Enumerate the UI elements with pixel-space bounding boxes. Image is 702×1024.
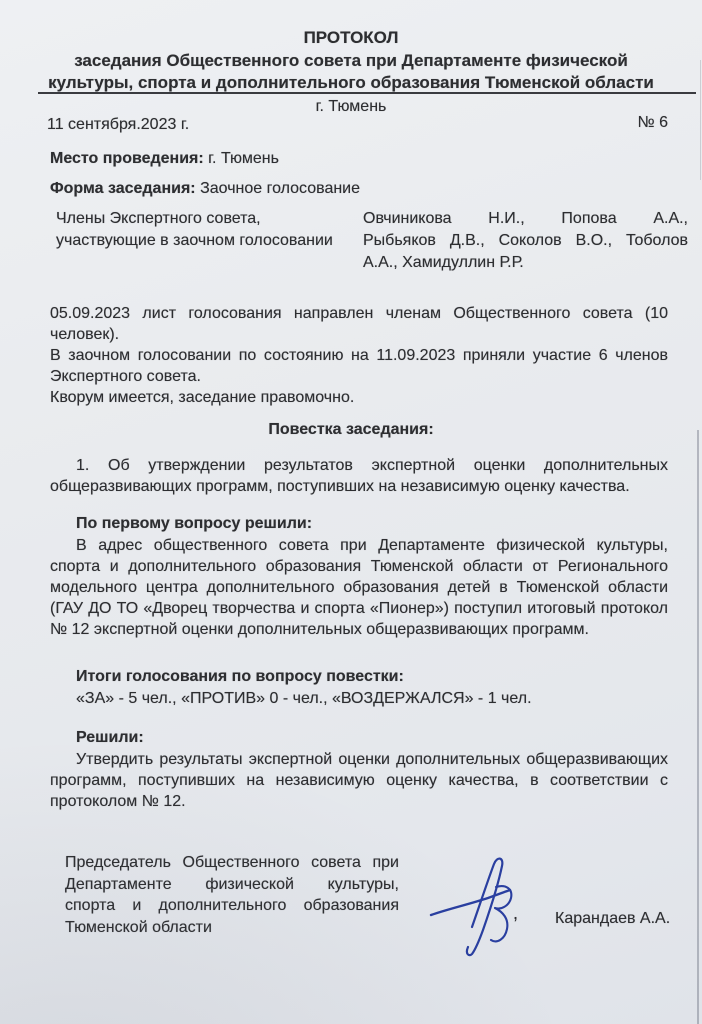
signature-title-line: Тюменской области (65, 917, 399, 939)
members-value-line: А.А., Хамидуллин Р.Р. (363, 252, 688, 274)
intro-paragraph-2: В заочном голосовании по состоянию на 11… (50, 345, 668, 387)
intro-block: 05.09.2023 лист голосования направлен чл… (50, 303, 668, 408)
question1-body: В адрес общественного совета при Департа… (50, 535, 668, 640)
doc-subtitle-line1: заседания Общественного совета при Депар… (0, 49, 702, 72)
members-label: Члены Экспертного совета, участвующие в … (56, 208, 352, 252)
venue-line: Место проведения: г. Тюмень (50, 148, 279, 169)
members-label-line: Члены Экспертного совета, (56, 208, 352, 230)
page-title: ПРОТОКОЛ (0, 26, 702, 49)
signature-title: Председатель Общественного совета при Де… (65, 852, 399, 938)
agenda-item: 1. Об утверждении результатов экспертной… (50, 455, 668, 497)
intro-paragraph-1: 05.09.2023 лист голосования направлен чл… (50, 303, 668, 345)
scanned-protocol-page: ПРОТОКОЛ заседания Общественного совета … (0, 0, 702, 1024)
signer-name: Карандаев А.А. (555, 908, 670, 929)
scan-edge-shadow-top (700, 60, 701, 180)
signature-title-line: Председатель Общественного совета при (65, 852, 399, 874)
members-value-line: Рыбьяков Д.В., Соколов В.О., Тоболов (363, 230, 688, 252)
decision-heading: Решили: (50, 727, 668, 748)
agenda-heading: Повестка заседания: (0, 419, 702, 440)
form-value: Заочное голосование (200, 180, 360, 197)
signature-title-line: Департаменте физической культуры, (65, 874, 399, 896)
voting-heading: Итоги голосования по вопросу повестки: (50, 666, 668, 687)
members-value-line: Овчиникова Н.И., Попова А.А., (363, 208, 688, 230)
question1-heading: По первому вопросу решили: (50, 513, 668, 534)
members-value: Овчиникова Н.И., Попова А.А., Рыбьяков Д… (363, 208, 688, 274)
venue-label: Место проведения: (50, 150, 204, 167)
scan-edge-shadow (697, 430, 699, 1024)
form-label: Форма заседания: (50, 180, 196, 197)
members-label-line: участвующие в заочном голосовании (56, 230, 352, 252)
voting-result: «ЗА» - 5 чел., «ПРОТИВ» 0 - чел., «ВОЗДЕ… (50, 688, 668, 709)
intro-paragraph-3: Кворум имеется, заседание правомочно. (50, 387, 668, 408)
doc-subtitle-line2: культуры, спорта и дополнительного образ… (0, 71, 702, 94)
header-rule (38, 92, 696, 94)
doc-date: 11 сентября.2023 г. (47, 114, 189, 135)
decision-body: Утвердить результаты экспертной оценки д… (50, 749, 668, 812)
signature-title-line: спорта и дополнительного образования (65, 895, 399, 917)
handwritten-signature-icon (428, 853, 523, 957)
doc-number: № 6 (637, 112, 668, 133)
signature-comma: , (513, 903, 518, 924)
venue-value: г. Тюмень (208, 150, 279, 167)
form-line: Форма заседания: Заочное голосование (50, 178, 360, 199)
